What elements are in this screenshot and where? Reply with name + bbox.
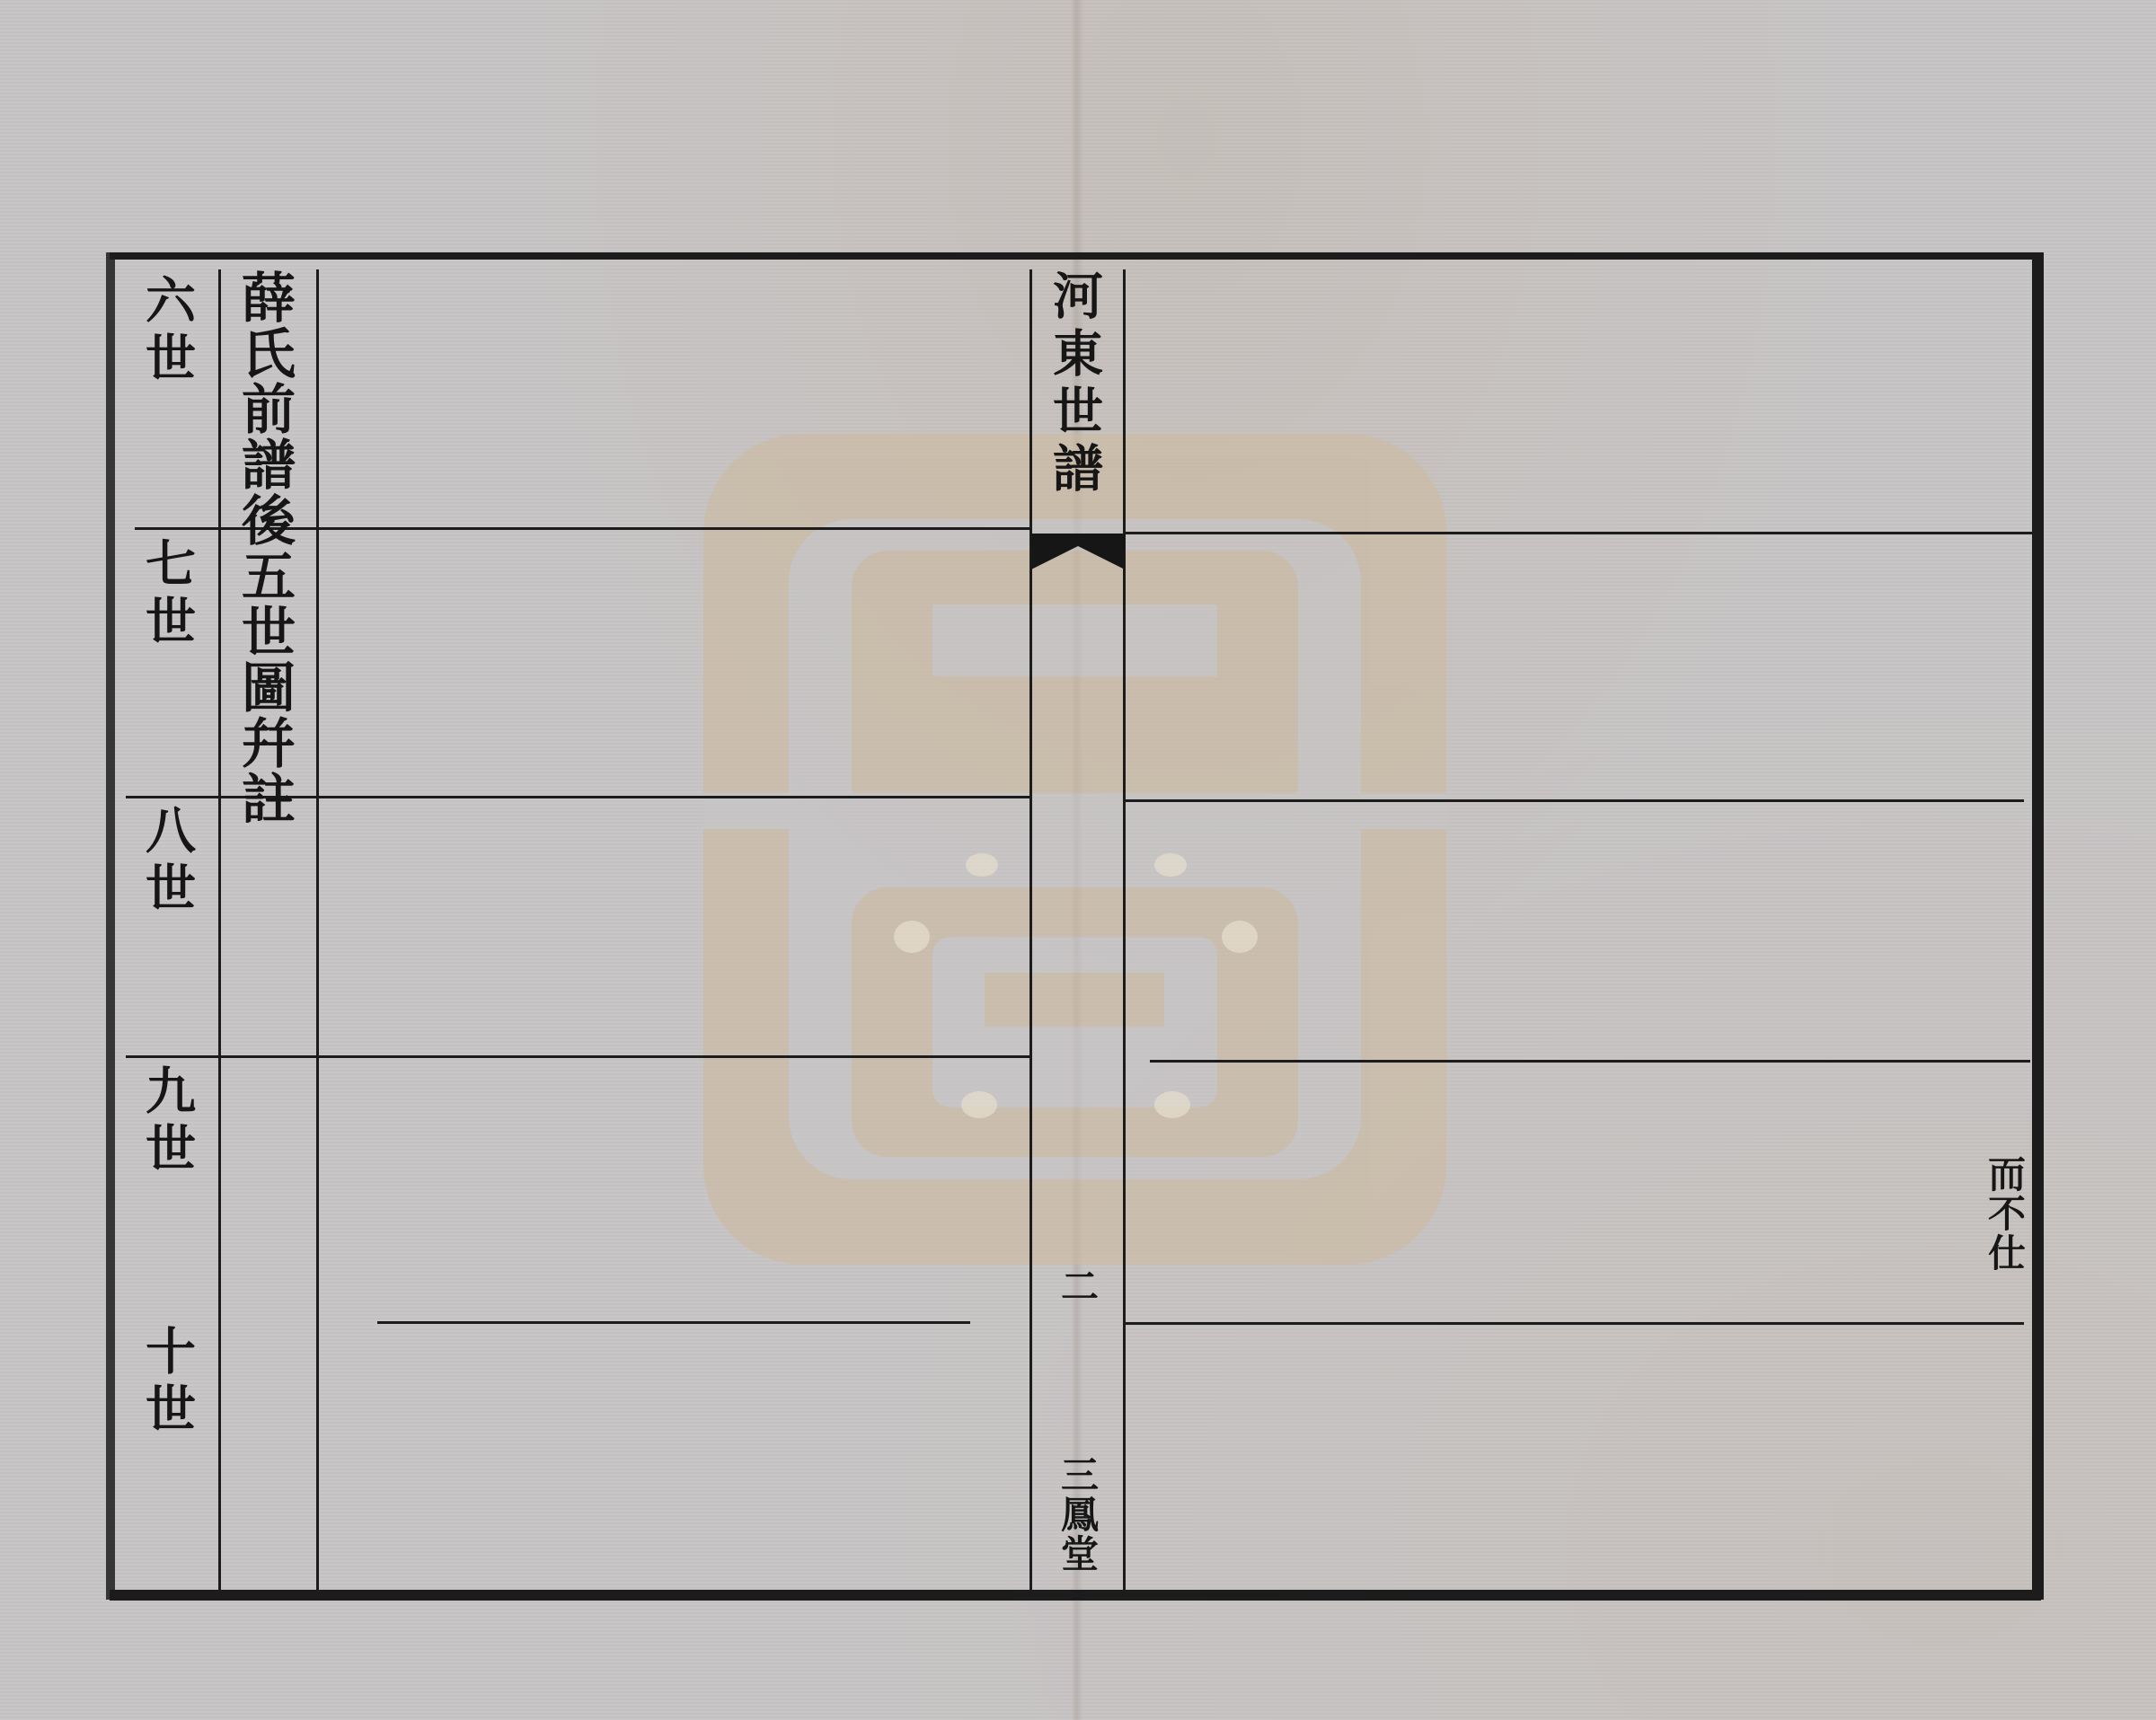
generation-label: 十世 xyxy=(142,1325,192,1440)
chart-title: 薛氏前譜後五世圖幷註 xyxy=(237,269,291,826)
publisher-mark: 三鳳堂 xyxy=(1058,1455,1096,1574)
page-number: 二 xyxy=(1058,1266,1096,1306)
annotation-text: 而不仕 xyxy=(1985,1154,2023,1273)
generation-label: 八世 xyxy=(142,804,192,919)
frame-left xyxy=(106,252,115,1600)
frame-bottom xyxy=(110,1590,2041,1601)
gen-column-divider xyxy=(218,269,221,1590)
row-line-1-right xyxy=(1126,532,2032,534)
paper-stain xyxy=(966,853,998,877)
center-column-left xyxy=(1029,269,1032,1590)
row-line-4 xyxy=(377,1321,970,1324)
row-line-2-right xyxy=(1126,799,2024,802)
row-line-3-right xyxy=(1150,1060,2030,1063)
book-title: 河東世譜 xyxy=(1049,269,1100,499)
paper-stain xyxy=(961,1091,997,1118)
row-line-4-right xyxy=(1126,1322,2024,1325)
paper-stain xyxy=(894,921,930,953)
frame-right xyxy=(2032,252,2044,1600)
row-line-3 xyxy=(126,1055,1029,1058)
paper-stain xyxy=(1154,1091,1190,1118)
generation-label: 六世 xyxy=(142,274,192,389)
generation-label: 九世 xyxy=(142,1064,192,1179)
generation-label: 七世 xyxy=(142,537,192,652)
title-column-divider xyxy=(316,269,319,1590)
watermark-seal xyxy=(703,434,1446,1265)
paper-stain xyxy=(1222,921,1258,953)
paper-stain xyxy=(1154,853,1187,877)
center-column-right xyxy=(1123,269,1126,1590)
frame-top xyxy=(110,252,2041,260)
